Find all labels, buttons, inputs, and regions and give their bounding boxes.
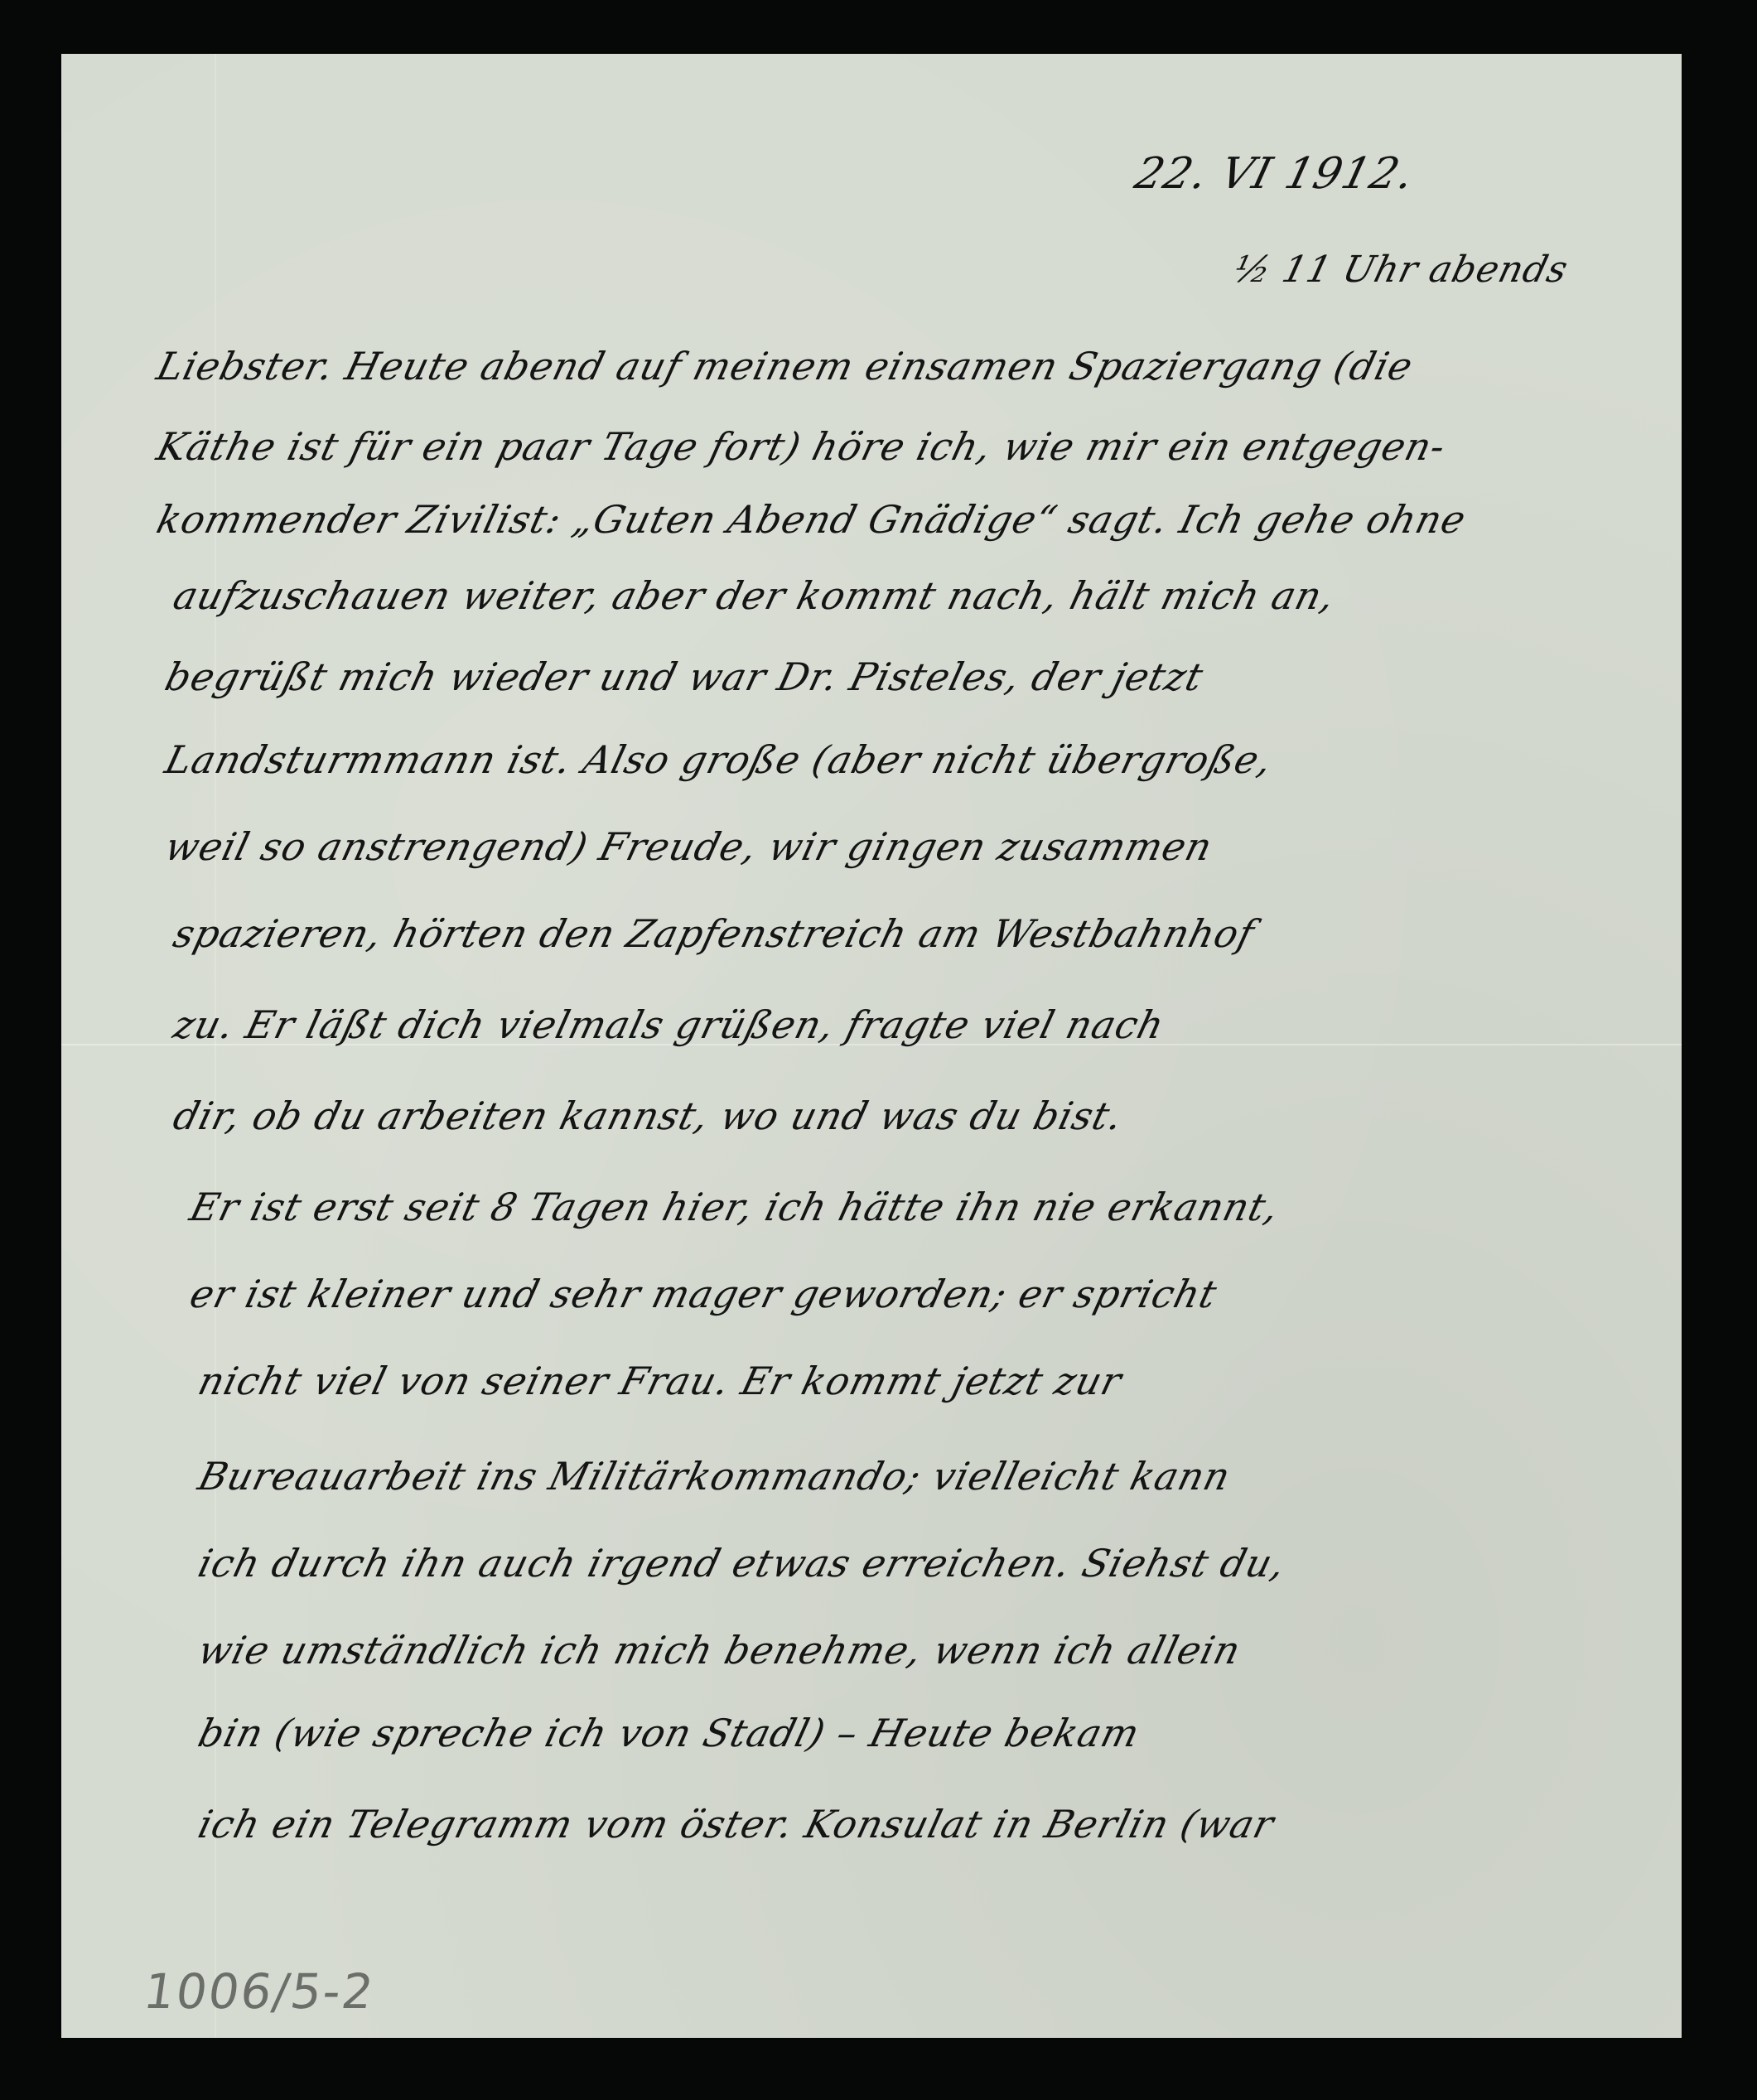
letter-line: wie umständlich ich mich benehme, wenn i… [194,1628,1246,1673]
letter-line: aufzuschauen weiter, aber der kommt nach… [169,573,1340,618]
letter-line: Landsturmmann ist. Also große (aber nich… [161,737,1277,782]
letter-line: kommender Zivilist: „Guten Abend Gnädige… [152,497,1471,542]
archive-number: 1006/5-2 [140,1963,378,2020]
letter-line: spazieren, hörten den Zapfenstreich am W… [169,911,1259,956]
letter-page: 22. VI 1912. ½ 11 Uhr abends Liebster. H… [61,54,1682,2038]
letter-time: ½ 11 Uhr abends [1229,249,1572,291]
letter-date: 22. VI 1912. [1130,149,1420,199]
letter-line: Käthe ist für ein paar Tage fort) höre i… [152,424,1450,469]
letter-line: begrüßt mich wieder und war Dr. Pisteles… [161,654,1208,699]
letter-line: bin (wie spreche ich von Stadl) – Heute … [194,1711,1145,1755]
letter-line: weil so anstrengend) Freude, wir gingen … [161,824,1217,869]
letter-line: Liebster. Heute abend auf meinem einsame… [152,344,1417,389]
letter-line: nicht viel von seiner Frau. Er kommt jet… [194,1359,1127,1403]
letter-line: Bureauarbeit ins Militärkommando; vielle… [194,1454,1235,1499]
letter-line: er ist kleiner und sehr mager geworden; … [186,1272,1222,1316]
letter-line: ich ein Telegramm vom öster. Konsulat in… [194,1802,1279,1847]
letter-line: dir, ob du arbeiten kannst, wo und was d… [169,1093,1128,1138]
letter-line: Er ist erst seit 8 Tagen hier, ich hätte… [186,1185,1284,1229]
letter-line: zu. Er läßt dich vielmals grüßen, fragte… [169,1002,1169,1047]
letter-line: ich durch ihn auch irgend etwas erreiche… [194,1541,1291,1586]
